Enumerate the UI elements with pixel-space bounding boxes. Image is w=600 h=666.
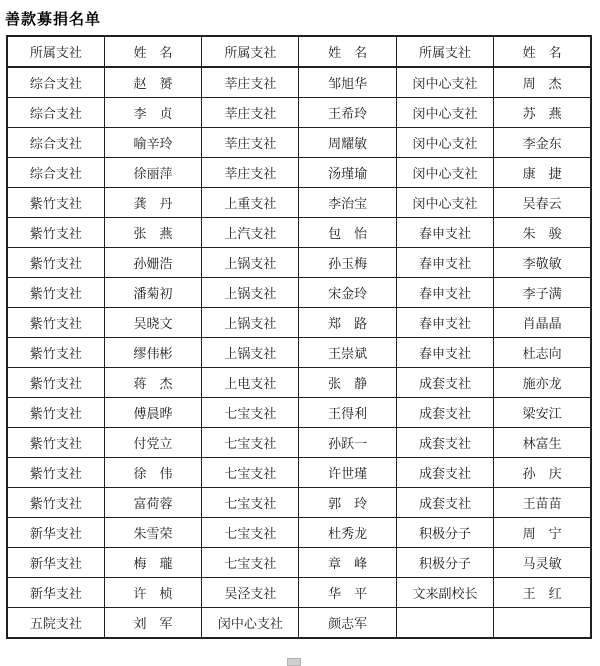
table-cell: 肖晶晶 xyxy=(494,308,591,338)
table-cell: 春申支社 xyxy=(396,218,493,248)
table-cell: 上锅支社 xyxy=(202,278,299,308)
table-cell: 郭 玲 xyxy=(299,488,396,518)
table-cell: 王得利 xyxy=(299,398,396,428)
table-cell: 上汽支社 xyxy=(202,218,299,248)
table-cell: 李金东 xyxy=(494,128,591,158)
table-cell: 宋金玲 xyxy=(299,278,396,308)
table-cell: 紫竹支社 xyxy=(7,188,104,218)
table-cell: 紫竹支社 xyxy=(7,218,104,248)
table-cell: 朱 骏 xyxy=(494,218,591,248)
table-cell: 王希玲 xyxy=(299,98,396,128)
table-cell: 郑 路 xyxy=(299,308,396,338)
table-cell: 成套支社 xyxy=(396,428,493,458)
table-cell: 七宝支社 xyxy=(202,458,299,488)
table-cell: 七宝支社 xyxy=(202,548,299,578)
table-cell: 紫竹支社 xyxy=(7,308,104,338)
table-cell: 吴春云 xyxy=(494,188,591,218)
table-cell: 上重支社 xyxy=(202,188,299,218)
table-cell: 邹旭华 xyxy=(299,67,396,98)
table-row: 新华支社朱雪荣七宝支社杜秀龙积极分子周 宁 xyxy=(7,518,591,548)
header-row: 所属支社姓 名所属支社姓 名所属支社姓 名 xyxy=(7,36,591,67)
table-cell: 王苗苗 xyxy=(494,488,591,518)
table-cell: 上电支社 xyxy=(202,368,299,398)
table-cell: 紫竹支社 xyxy=(7,278,104,308)
table-cell: 成套支社 xyxy=(396,398,493,428)
table-cell: 上锅支社 xyxy=(202,248,299,278)
table-row: 新华支社梅 瓏七宝支社章 峰积极分子马灵敏 xyxy=(7,548,591,578)
table-cell: 紫竹支社 xyxy=(7,248,104,278)
table-cell: 梅 瓏 xyxy=(104,548,201,578)
table-cell: 孙姗浩 xyxy=(104,248,201,278)
table-cell: 康 捷 xyxy=(494,158,591,188)
table-row: 紫竹支社孙姗浩上锅支社孙玉梅春申支社李敬敏 xyxy=(7,248,591,278)
table-cell: 富荷蓉 xyxy=(104,488,201,518)
header-cell: 所属支社 xyxy=(202,36,299,67)
table-cell: 苏 燕 xyxy=(494,98,591,128)
table-cell: 七宝支社 xyxy=(202,518,299,548)
page-title: 善款募捐名单 xyxy=(0,0,600,35)
table-cell: 综合支社 xyxy=(7,67,104,98)
resize-handle[interactable] xyxy=(287,658,301,666)
table-cell: 五院支社 xyxy=(7,608,104,639)
table-cell: 章 峰 xyxy=(299,548,396,578)
table-cell: 马灵敏 xyxy=(494,548,591,578)
table-cell: 新华支社 xyxy=(7,548,104,578)
table-row: 紫竹支社吴晓文上锅支社郑 路春申支社肖晶晶 xyxy=(7,308,591,338)
table-cell: 许 桢 xyxy=(104,578,201,608)
header-cell: 姓 名 xyxy=(494,36,591,67)
table-cell: 莘庄支社 xyxy=(202,67,299,98)
donation-table: 所属支社姓 名所属支社姓 名所属支社姓 名 综合支社赵 赟莘庄支社邹旭华闵中心支… xyxy=(6,35,592,639)
table-row: 综合支社喻辛玲莘庄支社周耀敏闵中心支社李金东 xyxy=(7,128,591,158)
table-cell: 李治宝 xyxy=(299,188,396,218)
table-cell: 闵中心支社 xyxy=(396,128,493,158)
table-row: 紫竹支社张 燕上汽支社包 怡春申支社朱 骏 xyxy=(7,218,591,248)
table-cell: 春申支社 xyxy=(396,278,493,308)
table-cell: 春申支社 xyxy=(396,338,493,368)
table-row: 紫竹支社富荷蓉七宝支社郭 玲成套支社王苗苗 xyxy=(7,488,591,518)
table-cell: 上锅支社 xyxy=(202,308,299,338)
table-cell: 综合支社 xyxy=(7,158,104,188)
table-cell: 新华支社 xyxy=(7,518,104,548)
table-cell: 紫竹支社 xyxy=(7,398,104,428)
table-cell: 综合支社 xyxy=(7,98,104,128)
table-cell: 莘庄支社 xyxy=(202,158,299,188)
table-cell: 紫竹支社 xyxy=(7,428,104,458)
header-cell: 所属支社 xyxy=(396,36,493,67)
table-row: 综合支社李 贞莘庄支社王希玲闵中心支社苏 燕 xyxy=(7,98,591,128)
table-cell: 积极分子 xyxy=(396,548,493,578)
table-cell: 积极分子 xyxy=(396,518,493,548)
table-cell: 周耀敏 xyxy=(299,128,396,158)
table-cell: 紫竹支社 xyxy=(7,458,104,488)
table-cell: 施亦龙 xyxy=(494,368,591,398)
table-cell: 徐 伟 xyxy=(104,458,201,488)
table-cell: 梁安江 xyxy=(494,398,591,428)
table-cell: 综合支社 xyxy=(7,128,104,158)
table-cell: 成套支社 xyxy=(396,368,493,398)
table-cell: 刘 军 xyxy=(104,608,201,639)
table-body: 综合支社赵 赟莘庄支社邹旭华闵中心支社周 杰综合支社李 贞莘庄支社王希玲闵中心支… xyxy=(7,67,591,638)
table-cell: 李敬敏 xyxy=(494,248,591,278)
table-cell: 闵中心支社 xyxy=(202,608,299,639)
table-cell: 新华支社 xyxy=(7,578,104,608)
table-cell: 傅晨晔 xyxy=(104,398,201,428)
table-row: 紫竹支社徐 伟七宝支社许世瑾成套支社孙 庆 xyxy=(7,458,591,488)
table-cell: 华 平 xyxy=(299,578,396,608)
table-cell: 周 杰 xyxy=(494,67,591,98)
table-cell: 张 燕 xyxy=(104,218,201,248)
table-cell: 汤瑾瑜 xyxy=(299,158,396,188)
table-cell: 成套支社 xyxy=(396,488,493,518)
table-row: 紫竹支社傅晨晔七宝支社王得利成套支社梁安江 xyxy=(7,398,591,428)
table-cell: 闵中心支社 xyxy=(396,67,493,98)
table-row: 综合支社徐丽萍莘庄支社汤瑾瑜闵中心支社康 捷 xyxy=(7,158,591,188)
table-cell: 紫竹支社 xyxy=(7,368,104,398)
table-cell xyxy=(494,608,591,639)
table-cell: 张 静 xyxy=(299,368,396,398)
table-cell: 紫竹支社 xyxy=(7,488,104,518)
table-cell: 成套支社 xyxy=(396,458,493,488)
header-cell: 所属支社 xyxy=(7,36,104,67)
table-cell: 七宝支社 xyxy=(202,428,299,458)
table-cell: 付党立 xyxy=(104,428,201,458)
table-cell: 吴泾支社 xyxy=(202,578,299,608)
table-cell: 孙 庆 xyxy=(494,458,591,488)
table-cell: 闵中心支社 xyxy=(396,158,493,188)
table-cell: 喻辛玲 xyxy=(104,128,201,158)
table-cell: 潘菊初 xyxy=(104,278,201,308)
table-row: 新华支社许 桢吴泾支社华 平文来副校长王 红 xyxy=(7,578,591,608)
table-cell: 缪伟彬 xyxy=(104,338,201,368)
table-cell: 杜秀龙 xyxy=(299,518,396,548)
table-cell: 吴晓文 xyxy=(104,308,201,338)
table-row: 紫竹支社潘菊初上锅支社宋金玲春申支社李子满 xyxy=(7,278,591,308)
table-cell: 杜志向 xyxy=(494,338,591,368)
table-row: 五院支社刘 军闵中心支社颜志军 xyxy=(7,608,591,639)
table-row: 紫竹支社龚 丹上重支社李治宝闵中心支社吴春云 xyxy=(7,188,591,218)
table-cell: 周 宁 xyxy=(494,518,591,548)
table-cell: 孙玉梅 xyxy=(299,248,396,278)
table-cell: 闵中心支社 xyxy=(396,98,493,128)
table-cell: 龚 丹 xyxy=(104,188,201,218)
header-cell: 姓 名 xyxy=(104,36,201,67)
table-cell: 莘庄支社 xyxy=(202,128,299,158)
table-cell: 颜志军 xyxy=(299,608,396,639)
table-cell: 孙跃一 xyxy=(299,428,396,458)
table-cell: 文来副校长 xyxy=(396,578,493,608)
table-cell: 赵 赟 xyxy=(104,67,201,98)
table-cell: 七宝支社 xyxy=(202,488,299,518)
table-cell: 李子满 xyxy=(494,278,591,308)
table-cell: 闵中心支社 xyxy=(396,188,493,218)
table-row: 紫竹支社缪伟彬上锅支社王崇斌春申支社杜志向 xyxy=(7,338,591,368)
table-cell: 莘庄支社 xyxy=(202,98,299,128)
table-cell: 王崇斌 xyxy=(299,338,396,368)
table-cell: 林富生 xyxy=(494,428,591,458)
table-cell: 紫竹支社 xyxy=(7,338,104,368)
table-cell: 春申支社 xyxy=(396,248,493,278)
table-cell: 徐丽萍 xyxy=(104,158,201,188)
table-cell: 包 怡 xyxy=(299,218,396,248)
table-cell: 春申支社 xyxy=(396,308,493,338)
table-row: 紫竹支社付党立七宝支社孙跃一成套支社林富生 xyxy=(7,428,591,458)
table-row: 紫竹支社蒋 杰上电支社张 静成套支社施亦龙 xyxy=(7,368,591,398)
table-cell: 蒋 杰 xyxy=(104,368,201,398)
table-head: 所属支社姓 名所属支社姓 名所属支社姓 名 xyxy=(7,36,591,67)
table-cell: 王 红 xyxy=(494,578,591,608)
table-cell: 上锅支社 xyxy=(202,338,299,368)
table-cell: 朱雪荣 xyxy=(104,518,201,548)
table-cell: 许世瑾 xyxy=(299,458,396,488)
table-cell xyxy=(396,608,493,639)
header-cell: 姓 名 xyxy=(299,36,396,67)
table-cell: 李 贞 xyxy=(104,98,201,128)
table-cell: 七宝支社 xyxy=(202,398,299,428)
table-row: 综合支社赵 赟莘庄支社邹旭华闵中心支社周 杰 xyxy=(7,67,591,98)
